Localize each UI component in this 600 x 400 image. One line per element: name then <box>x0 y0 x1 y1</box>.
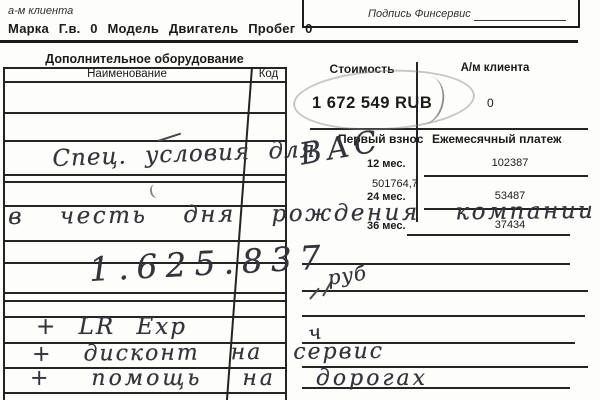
table-row-line <box>3 300 286 302</box>
column-header-code: Код <box>251 68 286 80</box>
trade-in-value: 0 <box>487 96 494 110</box>
handwritten-perk-lr-exp: + LR Exp <box>36 314 187 340</box>
column-header-name: Наименование <box>3 68 251 80</box>
pen-paren-mark <box>149 183 164 199</box>
equipment-table-title: Дополнительное оборудование <box>3 52 286 66</box>
handwritten-special-offer: Спец. условия для <box>52 137 316 172</box>
handwritten-total-price: 1.625.837 <box>88 237 330 289</box>
term-36-underline <box>407 234 570 236</box>
handwritten-perk-service-discount: + дисконт на сервис <box>32 339 384 367</box>
table-left-border <box>3 67 5 400</box>
monthly-payment-label: Ежемесячный платеж <box>432 132 562 146</box>
signature-blank-line <box>474 20 566 21</box>
term-12-underline <box>424 175 588 177</box>
table-row-line <box>3 392 286 394</box>
top-divider-rule <box>0 40 578 43</box>
finservice-signature-label: Подпись Финсервис <box>368 8 471 20</box>
right-blank-line <box>302 315 585 317</box>
table-row-line <box>3 292 286 294</box>
handwritten-perk-road-assist: + помощь на дорогах <box>30 366 428 391</box>
table-row-line <box>3 112 286 114</box>
scanned-dealer-form: а-м клиента Марка Г.в. 0 Модель Двигател… <box>0 0 600 400</box>
right-blank-line <box>302 290 588 292</box>
trade-in-label: А/м клиента <box>440 62 550 74</box>
client-car-caption: а-м клиента <box>8 5 73 17</box>
table-header-border <box>3 81 286 83</box>
term-12-value: 102387 <box>450 157 570 169</box>
first-payment-value: 501764,7 <box>372 178 418 190</box>
vehicle-summary-line: Марка Г.в. 0 Модель Двигатель Пробег 0 <box>8 21 313 36</box>
handwritten-currency: руб <box>326 260 369 289</box>
finservice-signature-box: Подпись Финсервис <box>302 0 580 28</box>
